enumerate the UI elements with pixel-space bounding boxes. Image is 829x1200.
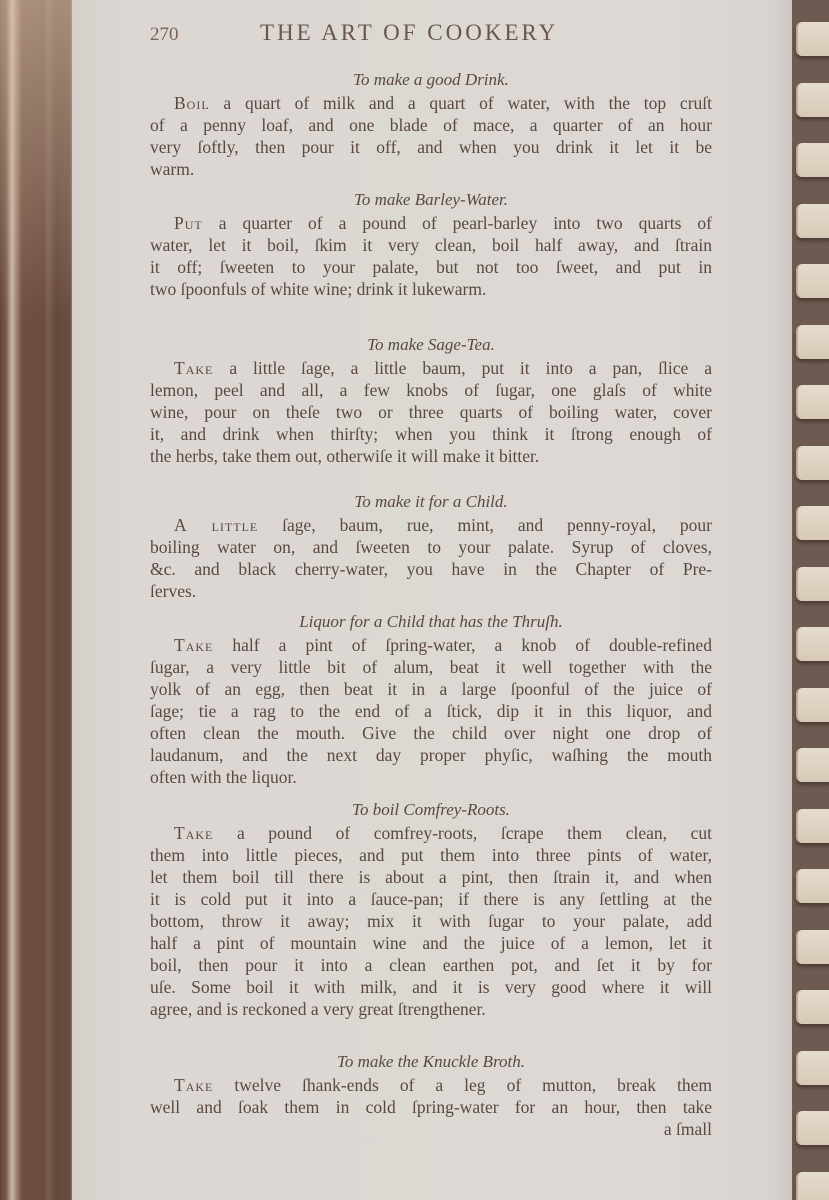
recipe-title: To boil Comfrey-Roots. (150, 798, 712, 822)
recipe-title: To make Barley-Water. (150, 188, 712, 212)
binding-loop (796, 869, 829, 903)
recipe-good-drink: To make a good Drink. Boil a quart of mi… (150, 68, 712, 180)
text-line: Put a quarter of a pound of pearl-barley… (150, 212, 712, 234)
text-line: Take half a pint of ſpring-water, a knob… (150, 634, 712, 656)
binding-loop (796, 930, 829, 964)
binding-loop (796, 22, 829, 56)
binding-loop (796, 143, 829, 177)
lead-word: Put (174, 213, 203, 233)
recipe-barley-water: To make Barley-Water. Put a quarter of a… (150, 188, 712, 300)
binding-loop (796, 325, 829, 359)
text-line: Take twelve ſhank-ends of a leg of mutto… (150, 1074, 712, 1096)
binding-loop (796, 990, 829, 1024)
lead-word: Take (174, 358, 213, 378)
binding-loop (796, 748, 829, 782)
recipe-title: Liquor for a Child that has the Thruſh. (150, 610, 712, 634)
text-line: them into little pieces, and put them in… (150, 844, 712, 866)
text-line: Take a pound of comfrey-roots, ſcrape th… (150, 822, 712, 844)
binding-loop (796, 446, 829, 480)
recipe-title: To make Sage-Tea. (150, 333, 712, 357)
binding-loop (796, 567, 829, 601)
binding-loop (796, 1111, 829, 1145)
text-line: lemon, peel and all, a few knobs of ſuga… (150, 379, 712, 401)
text-line: well and ſoak them in cold ſpring-water … (150, 1096, 712, 1118)
text-line: of a penny loaf, and one blade of mace, … (150, 114, 712, 136)
text-line: wine, pour on theſe two or three quarts … (150, 401, 712, 423)
binding-loop (796, 204, 829, 238)
text-line: often with the liquor. (150, 766, 712, 788)
binding-loop (796, 627, 829, 661)
lead-word: Boil (174, 93, 210, 113)
text-line: let them boil till there is about a pint… (150, 866, 712, 888)
text-line: ſage; tie a rag to the end of a ſtick, d… (150, 700, 712, 722)
text-line: it off; ſweeten to your palate, but not … (150, 256, 712, 278)
text-line: often clean the mouth. Give the child ov… (150, 722, 712, 744)
text-line: Boil a quart of milk and a quart of wate… (150, 92, 712, 114)
binding-loop (796, 385, 829, 419)
text-line: half a pint of mountain wine and the jui… (150, 932, 712, 954)
text-line: ſugar, a very little bit of alum, beat i… (150, 656, 712, 678)
binding-loop (796, 688, 829, 722)
text-line: uſe. Some boil it with milk, and it is v… (150, 976, 712, 998)
binding-loop (796, 809, 829, 843)
text-line: Take a little ſage, a little baum, put i… (150, 357, 712, 379)
running-head: 270 THE ART OF COOKERY (150, 20, 712, 50)
catchword: a ſmall (150, 1118, 712, 1140)
binding-loop (796, 1051, 829, 1085)
text-line: bottom, throw it away; mix it with ſugar… (150, 910, 712, 932)
text-line: very ſoftly, then pour it off, and when … (150, 136, 712, 158)
recipe-knuckle-broth: To make the Knuckle Broth. Take twelve ſ… (150, 1050, 712, 1140)
binding-loop (796, 1172, 829, 1200)
lead-word: A little (174, 515, 258, 535)
book-cover-edge (0, 0, 72, 1200)
text-line: boiling water on, and ſweeten to your pa… (150, 536, 712, 558)
binding-loop (796, 264, 829, 298)
text-line: &c. and black cherry-water, you have in … (150, 558, 712, 580)
recipe-sage-tea: To make Sage-Tea. Take a little ſage, a … (150, 333, 712, 467)
text-line: it, and drink when thirſty; when you thi… (150, 423, 712, 445)
text-line: yolk of an egg, then beat it in a large … (150, 678, 712, 700)
recipe-for-child: To make it for a Child. A little ſage, b… (150, 490, 712, 602)
lead-word: Take (174, 823, 213, 843)
recipe-title: To make the Knuckle Broth. (150, 1050, 712, 1074)
text-line: the herbs, take them out, otherwiſe it w… (150, 445, 712, 467)
text-line: ſerves. (150, 580, 712, 602)
text-line: it is cold put it into a ſauce-pan; if t… (150, 888, 712, 910)
text-line: boil, then pour it into a clean earthen … (150, 954, 712, 976)
recipe-title: To make a good Drink. (150, 68, 712, 92)
page-number: 270 (150, 24, 179, 46)
text-line: warm. (150, 158, 712, 180)
text-line: agree, and is reckoned a very great ſtre… (150, 998, 712, 1020)
recipe-title: To make it for a Child. (150, 490, 712, 514)
lead-word: Take (174, 1075, 213, 1095)
text-line: two ſpoonfuls of white wine; drink it lu… (150, 278, 712, 300)
recipe-comfrey-roots: To boil Comfrey-Roots. Take a pound of c… (150, 798, 712, 1020)
lead-word: Take (174, 635, 213, 655)
running-title: THE ART OF COOKERY (260, 20, 558, 46)
recipe-thrush-liquor: Liquor for a Child that has the Thruſh. … (150, 610, 712, 788)
text-line: laudanum, and the next day proper phyſic… (150, 744, 712, 766)
binding-loop (796, 506, 829, 540)
text-line: A little ſage, baum, rue, mint, and penn… (150, 514, 712, 536)
binding-loop (796, 83, 829, 117)
text-line: water, let it boil, ſkim it very clean, … (150, 234, 712, 256)
